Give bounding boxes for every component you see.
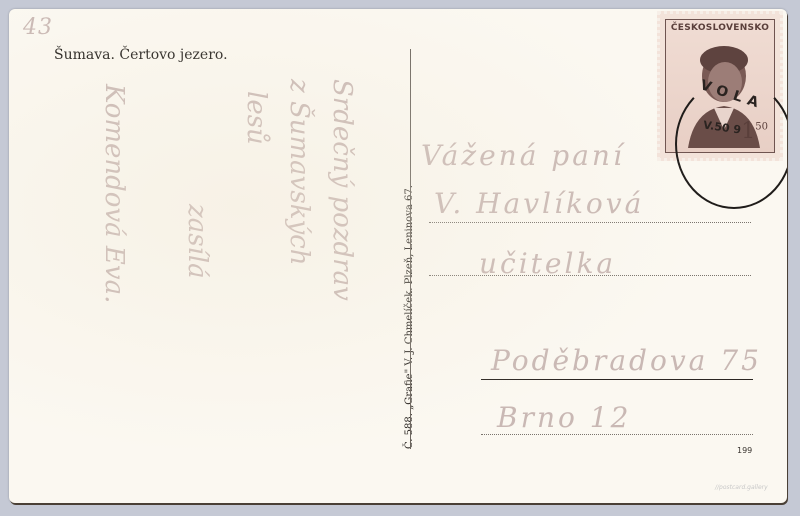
print-code: 199 (737, 446, 752, 455)
center-divider (410, 49, 411, 449)
watermark: //postcard.gallery (715, 484, 768, 491)
address-line: Poděbradova 75 (491, 344, 762, 377)
message-line: zasílá (182, 204, 212, 279)
address-rule (429, 275, 751, 276)
message-line: z Šumavských (284, 79, 314, 265)
message-line: Srdečný pozdrav (327, 79, 357, 301)
address-rule (481, 434, 753, 435)
address-rule (429, 222, 751, 223)
postcard-back: 43 Šumava. Čertovo jezero. Srdečný pozdr… (9, 9, 787, 503)
catalog-number: 43 (23, 15, 53, 40)
message-line: lesů (241, 91, 271, 145)
address-rule (481, 379, 753, 380)
postcard-title: Šumava. Čertovo jezero. (54, 47, 228, 63)
address-line: V. Havlíková (434, 187, 644, 220)
stamp-country: ČESKOSLOVENSKO (666, 23, 774, 33)
address-line: Brno 12 (497, 401, 631, 434)
message-line: Komendová Eva. (99, 84, 129, 303)
address-line: Vážená paní (421, 139, 625, 172)
